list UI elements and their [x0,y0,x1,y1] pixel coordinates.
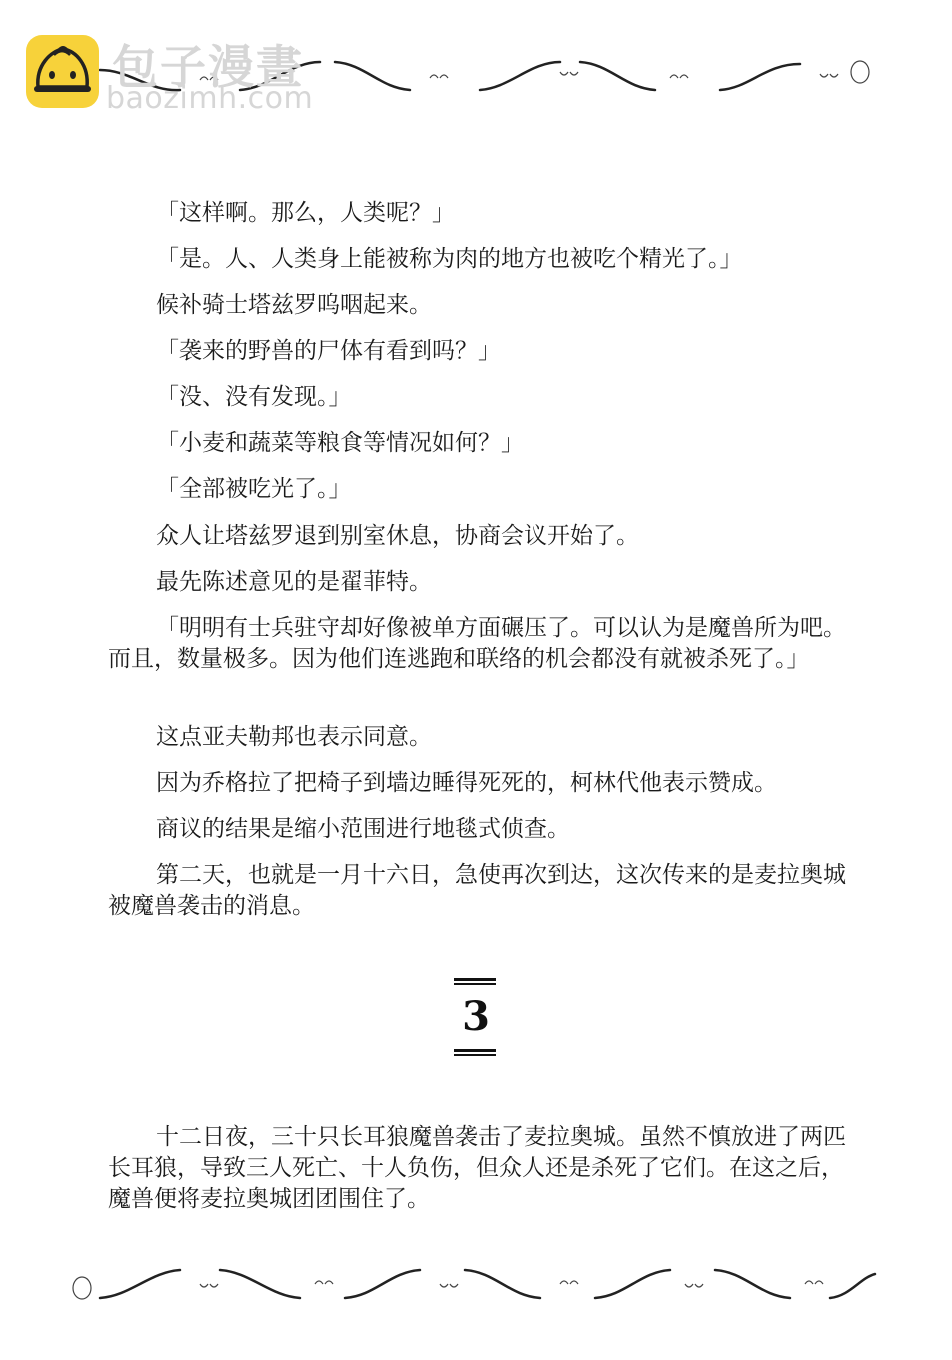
paragraph: 商议的结果是缩小范围进行地毯式侦查。 [108,814,848,845]
paragraph: 「袭来的野兽的尸体有看到吗？」 [108,336,848,367]
paragraph: 「小麦和蔬菜等粮食等情况如何？」 [108,428,848,459]
watermark-site-url: baozimh.com [106,81,313,116]
paragraph: 这点亚夫勒邦也表示同意。 [108,722,848,753]
paragraph: 「全部被吃光了。」 [108,474,848,505]
paragraph: 「是。人、人类身上能被称为肉的地方也被吃个精光了。」 [108,244,848,275]
paragraph: 众人让塔兹罗退到别室休息，协商会议开始了。 [108,521,848,552]
paragraph: 因为乔格拉了把椅子到墙边睡得死死的，柯林代他表示赞成。 [108,768,848,799]
chapter-rule-bottom [454,1049,496,1056]
chapter-number: 3 [454,985,498,1049]
chapter-rule-top [454,978,496,985]
paragraph: 候补骑士塔兹罗呜咽起来。 [108,290,848,321]
bottom-vine-ornament-icon [60,1258,890,1308]
paragraph: 最先陈述意见的是翟菲特。 [108,567,848,598]
paragraph: 第二天，也就是一月十六日，急使再次到达，这次传来的是麦拉奥城被魔兽袭击的消息。 [108,860,848,922]
paragraph: 「明明有士兵驻守却好像被单方面碾压了。可以认为是魔兽所为吧。而且，数量极多。因为… [108,613,848,675]
paragraph: 十二日夜，三十只长耳狼魔兽袭击了麦拉奥城。虽然不慎放进了两匹长耳狼，导致三人死亡… [108,1122,848,1215]
paragraph: 「没、没有发现。」 [108,382,848,413]
chapter-heading: 3 [454,978,498,1056]
watermark: 包子漫畫 baozimh.com [26,35,326,115]
paragraph: 「这样啊。那么，人类呢？」 [108,198,848,229]
bun-face-logo-icon [26,35,99,108]
